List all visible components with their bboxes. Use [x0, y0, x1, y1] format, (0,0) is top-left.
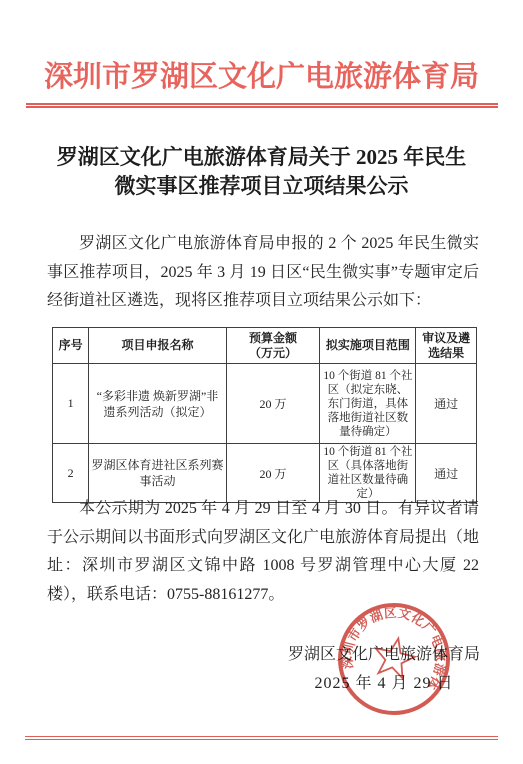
row1-scope: 10 个街道 81 个社区（拟定东晓、东门街道，具体落地街道社区数量待确定） [320, 364, 416, 444]
col-header-number: 序号 [53, 328, 89, 364]
document-page: 深圳市罗湖区文化广电旅游体育局 罗湖区文化广电旅游体育局关于 2025 年民生 … [0, 0, 523, 764]
letterhead-agency-title: 深圳市罗湖区文化广电旅游体育局 [0, 54, 523, 95]
document-title-line2: 微实事区推荐项目立项结果公示 [115, 174, 409, 198]
col-header-budget-line2: （万元） [229, 346, 318, 361]
signature-date: 2025 年 4 月 29 日 [288, 674, 480, 694]
col-header-project-name: 项目申报名称 [89, 328, 226, 364]
row1-result: 通过 [416, 364, 477, 444]
approval-results-table: 序号 项目申报名称 预算金额 （万元） 拟实施项目范围 审议及遴选结果 1 “多… [52, 327, 477, 503]
col-header-scope: 拟实施项目范围 [320, 328, 416, 364]
row1-project-name: “多彩非遗 焕新罗湖”非遗系列活动（拟定） [89, 364, 226, 444]
table-row: 2 罗湖区体育进社区系列赛事活动 20 万 10 个街道 81 个社区（具体落地… [53, 444, 477, 503]
footer-double-rule [25, 736, 498, 740]
intro-paragraph: 罗湖区文化广电旅游体育局申报的 2 个 2025 年民生微实事区推荐项目，202… [47, 230, 479, 316]
signature-block: 罗湖区文化广电旅游体育局 2025 年 4 月 29 日 [288, 645, 480, 694]
document-title-line1: 罗湖区文化广电旅游体育局关于 2025 年民生 [57, 145, 467, 169]
row2-number: 2 [53, 444, 89, 503]
col-header-budget-line1: 预算金额 [229, 331, 318, 346]
letterhead-double-rule [26, 103, 498, 108]
row1-budget: 20 万 [226, 364, 320, 444]
row2-budget: 20 万 [226, 444, 320, 503]
col-header-result: 审议及遴选结果 [416, 328, 477, 364]
row2-project-name: 罗湖区体育进社区系列赛事活动 [89, 444, 226, 503]
table-header-row: 序号 项目申报名称 预算金额 （万元） 拟实施项目范围 审议及遴选结果 [53, 328, 477, 364]
closing-paragraph: 本公示期为 2025 年 4 月 29 日至 4 月 30 日。有异议者请于公示… [47, 495, 479, 609]
col-header-budget: 预算金额 （万元） [226, 328, 320, 364]
row2-result: 通过 [416, 444, 477, 503]
row2-scope: 10 个街道 81 个社区（具体落地街道社区数量待确定） [320, 444, 416, 503]
table-row: 1 “多彩非遗 焕新罗湖”非遗系列活动（拟定） 20 万 10 个街道 81 个… [53, 364, 477, 444]
signature-agency: 罗湖区文化广电旅游体育局 [288, 645, 480, 665]
document-title: 罗湖区文化广电旅游体育局关于 2025 年民生 微实事区推荐项目立项结果公示 [20, 143, 503, 201]
row1-number: 1 [53, 364, 89, 444]
